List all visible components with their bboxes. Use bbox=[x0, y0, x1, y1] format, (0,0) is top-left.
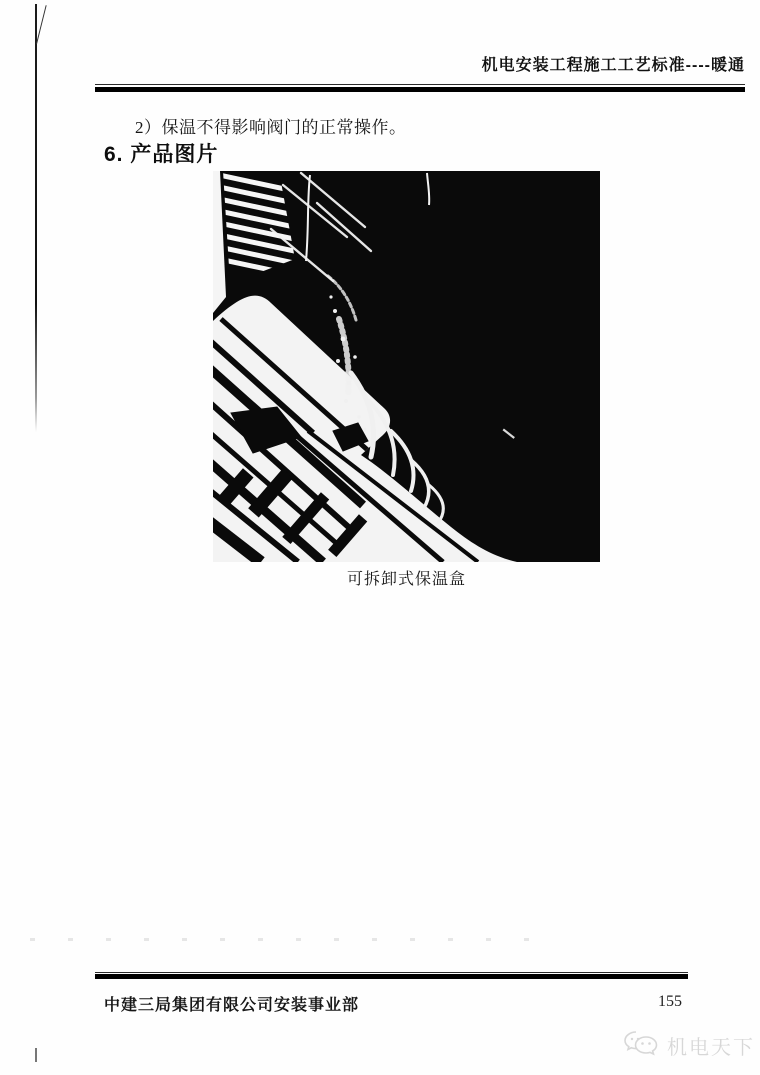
page-number: 155 bbox=[658, 993, 682, 1011]
body-paragraph: 2）保温不得影响阀门的正常操作。 bbox=[135, 113, 407, 138]
page-header-title: 机电安装工程施工工艺标准----暖通 bbox=[482, 52, 745, 75]
scan-artifact-fork bbox=[36, 5, 47, 44]
section-heading: 6. 产品图片 bbox=[104, 138, 218, 168]
watermark: 机电天下 bbox=[622, 1028, 755, 1063]
header-rule bbox=[95, 84, 745, 92]
scan-artifact-dashes bbox=[30, 938, 530, 941]
wechat-icon bbox=[622, 1028, 662, 1063]
document-page: 机电安装工程施工工艺标准----暖通 2）保温不得影响阀门的正常操作。 6. 产… bbox=[0, 0, 760, 1075]
figure-product-photo bbox=[213, 171, 600, 562]
footer-rule bbox=[95, 972, 688, 979]
figure-caption: 可拆卸式保温盒 bbox=[213, 566, 600, 589]
scan-artifact-bottom-tick bbox=[35, 1048, 37, 1062]
footer-company: 中建三局集团有限公司安装事业部 bbox=[104, 992, 359, 1015]
watermark-text: 机电天下 bbox=[667, 1031, 755, 1060]
scan-artifact-left-line bbox=[35, 4, 37, 432]
product-photo-image bbox=[213, 171, 600, 562]
